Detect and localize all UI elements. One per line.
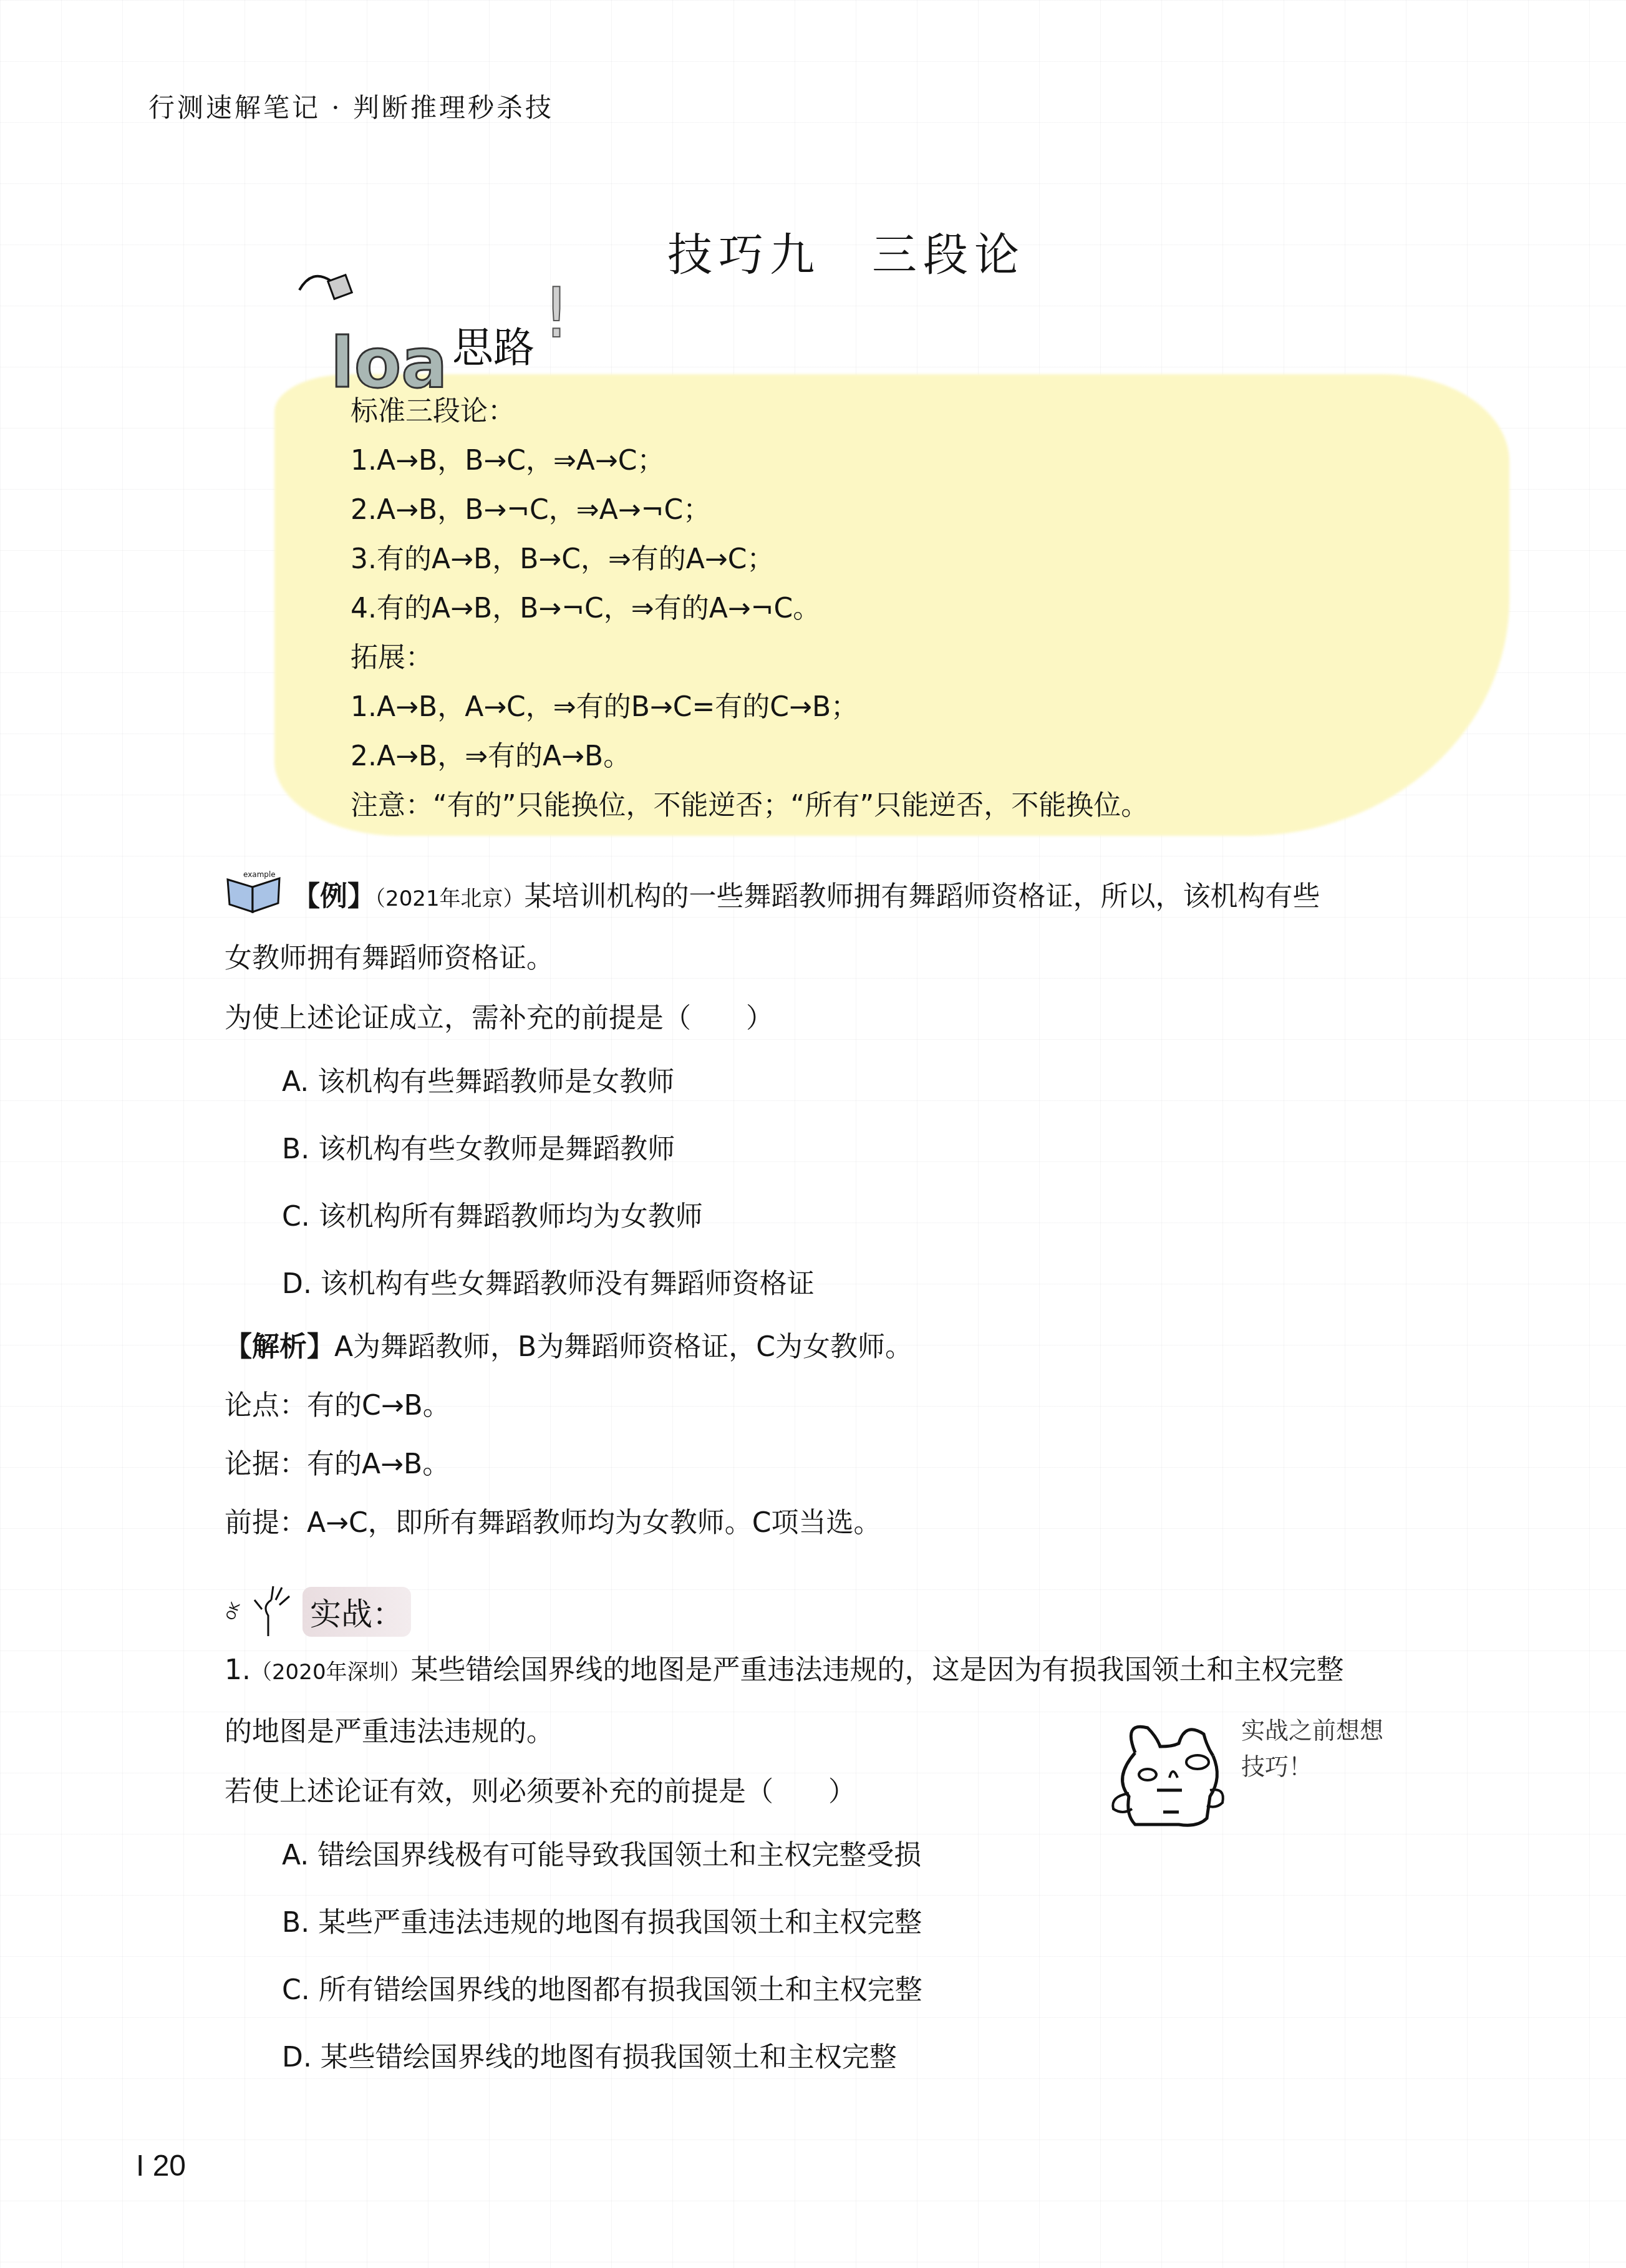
example-option-c: C. 该机构所有舞蹈教师均为女教师 — [225, 1183, 1534, 1251]
mascot-speech: 实战之前想想 技巧！ — [1241, 1712, 1383, 1785]
analysis-claim: 论点：有的C→B。 — [225, 1377, 1534, 1435]
q1-option-c: C. 所有错绘国界线的地图都有损我国领土和主权完整 — [225, 1957, 1566, 2024]
running-header: 行测速解笔记 · 判断推理秒杀技 — [148, 87, 554, 125]
ext-rule-2: 2.A→B，⇒有的A→B。 — [351, 732, 1148, 781]
analysis-premise: 前提：A→C，即所有舞蹈教师均为女教师。C项当选。 — [225, 1494, 1534, 1553]
rule-1: 1.A→B，B→C，⇒A→C； — [351, 436, 1148, 485]
analysis: 【解析】A为舞蹈教师，B为舞蹈师资格证，C为女教师。 — [225, 1318, 1534, 1377]
page-title: 技巧九 三段论 — [667, 218, 1025, 283]
practice-label: 实战： — [302, 1587, 411, 1637]
analysis-evidence: 论据：有的A→B。 — [225, 1435, 1534, 1494]
svg-text:思路: 思路 — [452, 324, 535, 372]
rule-3: 3.有的A→B，B→C，⇒有的A→C； — [351, 535, 1148, 584]
lightbulb-icon: loa 思路 ! — [293, 268, 617, 405]
example-stem-line1: example 【例】（2021年北京）某培训机构的一些舞蹈教师拥有舞蹈师资格证… — [225, 867, 1534, 929]
idea-box-content: 标准三段论： 1.A→B，B→C，⇒A→C； 2.A→B，B→¬C，⇒A→¬C；… — [351, 387, 1148, 830]
svg-text:!: ! — [543, 273, 570, 353]
svg-text:example: example — [243, 870, 276, 879]
ok-hand-icon: OK — [225, 1581, 293, 1637]
example-question: 为使上述论证成立，需补充的前提是（ ） — [225, 989, 1534, 1049]
example-book-icon: example — [225, 868, 284, 913]
bunny-mascot-icon — [1098, 1709, 1235, 1836]
q1-stem-line1: 1.（2020年深圳）某些错绘国界线的地图是严重违法违规的，这是因为有损我国领土… — [225, 1640, 1566, 1702]
ext-rule-1: 1.A→B，A→C，⇒有的B→C=有的C→B； — [351, 682, 1148, 732]
rule-4: 4.有的A→B，B→¬C，⇒有的A→¬C。 — [351, 584, 1148, 633]
example-section: example 【例】（2021年北京）某培训机构的一些舞蹈教师拥有舞蹈师资格证… — [225, 867, 1534, 1553]
example-option-d: D. 该机构有些女舞蹈教师没有舞蹈师资格证 — [225, 1251, 1534, 1318]
q1-option-a: A. 错绘国界线极有可能导致我国领土和主权完整受损 — [225, 1822, 1566, 1889]
idea-badge: loa 思路 ! — [293, 268, 617, 405]
rule-2: 2.A→B，B→¬C，⇒A→¬C； — [351, 485, 1148, 535]
example-option-b: B. 该机构有些女教师是舞蹈教师 — [225, 1116, 1534, 1183]
practice-header: OK 实战： — [225, 1581, 411, 1637]
q1-option-d: D. 某些错绘国界线的地图有损我国领土和主权完整 — [225, 2024, 1566, 2091]
note: 注意：“有的”只能换位，不能逆否；“所有”只能逆否，不能换位。 — [351, 781, 1148, 830]
idea-heading: 标准三段论： — [351, 387, 1148, 436]
page-number: I 20 — [136, 2149, 186, 2183]
example-stem-line2: 女教师拥有舞蹈师资格证。 — [225, 929, 1534, 989]
q1-option-b: B. 某些严重违法违规的地图有损我国领土和主权完整 — [225, 1889, 1566, 1957]
practice-question-1: 1.（2020年深圳）某些错绘国界线的地图是严重违法违规的，这是因为有损我国领土… — [225, 1640, 1566, 2091]
extension-heading: 拓展： — [351, 633, 1148, 682]
example-option-a: A. 该机构有些舞蹈教师是女教师 — [225, 1049, 1534, 1116]
svg-text:OK: OK — [225, 1600, 243, 1622]
